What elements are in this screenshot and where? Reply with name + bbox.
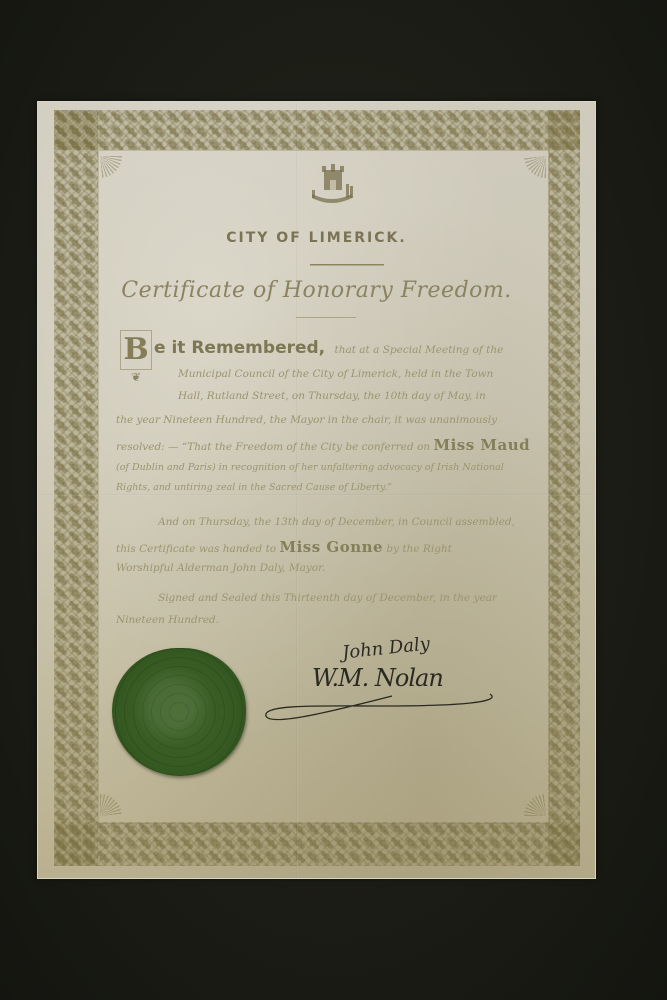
ornamental-border-bottom xyxy=(54,822,580,866)
text-line: this Certificate was handed to Miss Gonn… xyxy=(116,538,536,556)
certificate-document: CITY OF LIMERICK. Certificate of Honorar… xyxy=(38,102,595,878)
fleuron-icon: ❦ xyxy=(128,370,144,384)
honoree-short-name: Miss Gonne xyxy=(279,538,383,556)
ornamental-border-left xyxy=(54,110,98,866)
text-line: Worshipful Alderman John Daly, Mayor. xyxy=(116,562,536,574)
city-heading: CITY OF LIMERICK. xyxy=(38,230,595,246)
illuminated-dropcap: B xyxy=(120,330,152,370)
text-line: Hall, Rutland Street, on Thursday, the 1… xyxy=(178,390,548,402)
heading-divider xyxy=(310,264,384,266)
text-line: Signed and Sealed this Thirteenth day of… xyxy=(158,592,548,604)
text-line: e it Remembered, that at a Special Meeti… xyxy=(154,338,544,358)
text-line: resolved: — “That the Freedom of the Cit… xyxy=(116,436,536,454)
text-line: the year Nineteen Hundred, the Mayor in … xyxy=(116,414,536,426)
signature-block: John Daly W.M. Nolan xyxy=(262,630,502,730)
ornamental-border-right xyxy=(548,110,580,866)
honoree-name: Miss Maud Gonne xyxy=(433,436,536,454)
title-divider xyxy=(296,317,356,318)
signature-mayor: John Daly xyxy=(341,633,431,663)
paper-fold-horizontal xyxy=(38,494,595,496)
text-line: (of Dublin and Paris) in recognition of … xyxy=(116,462,536,473)
green-wax-seal xyxy=(112,648,246,776)
text-line: Nineteen Hundred. xyxy=(116,614,536,626)
ornamental-border-top xyxy=(54,110,580,150)
text-line: Rights, and untiring zeal in the Sacred … xyxy=(116,482,536,493)
opening-phrase: e it Remembered, xyxy=(154,338,325,358)
signature-flourish-icon xyxy=(262,676,502,726)
certificate-title: Certificate of Honorary Freedom. xyxy=(38,278,595,303)
text-line: Municipal Council of the City of Limeric… xyxy=(178,368,548,380)
text-line: And on Thursday, the 13th day of Decembe… xyxy=(158,516,548,528)
castle-crest-icon xyxy=(306,164,358,208)
